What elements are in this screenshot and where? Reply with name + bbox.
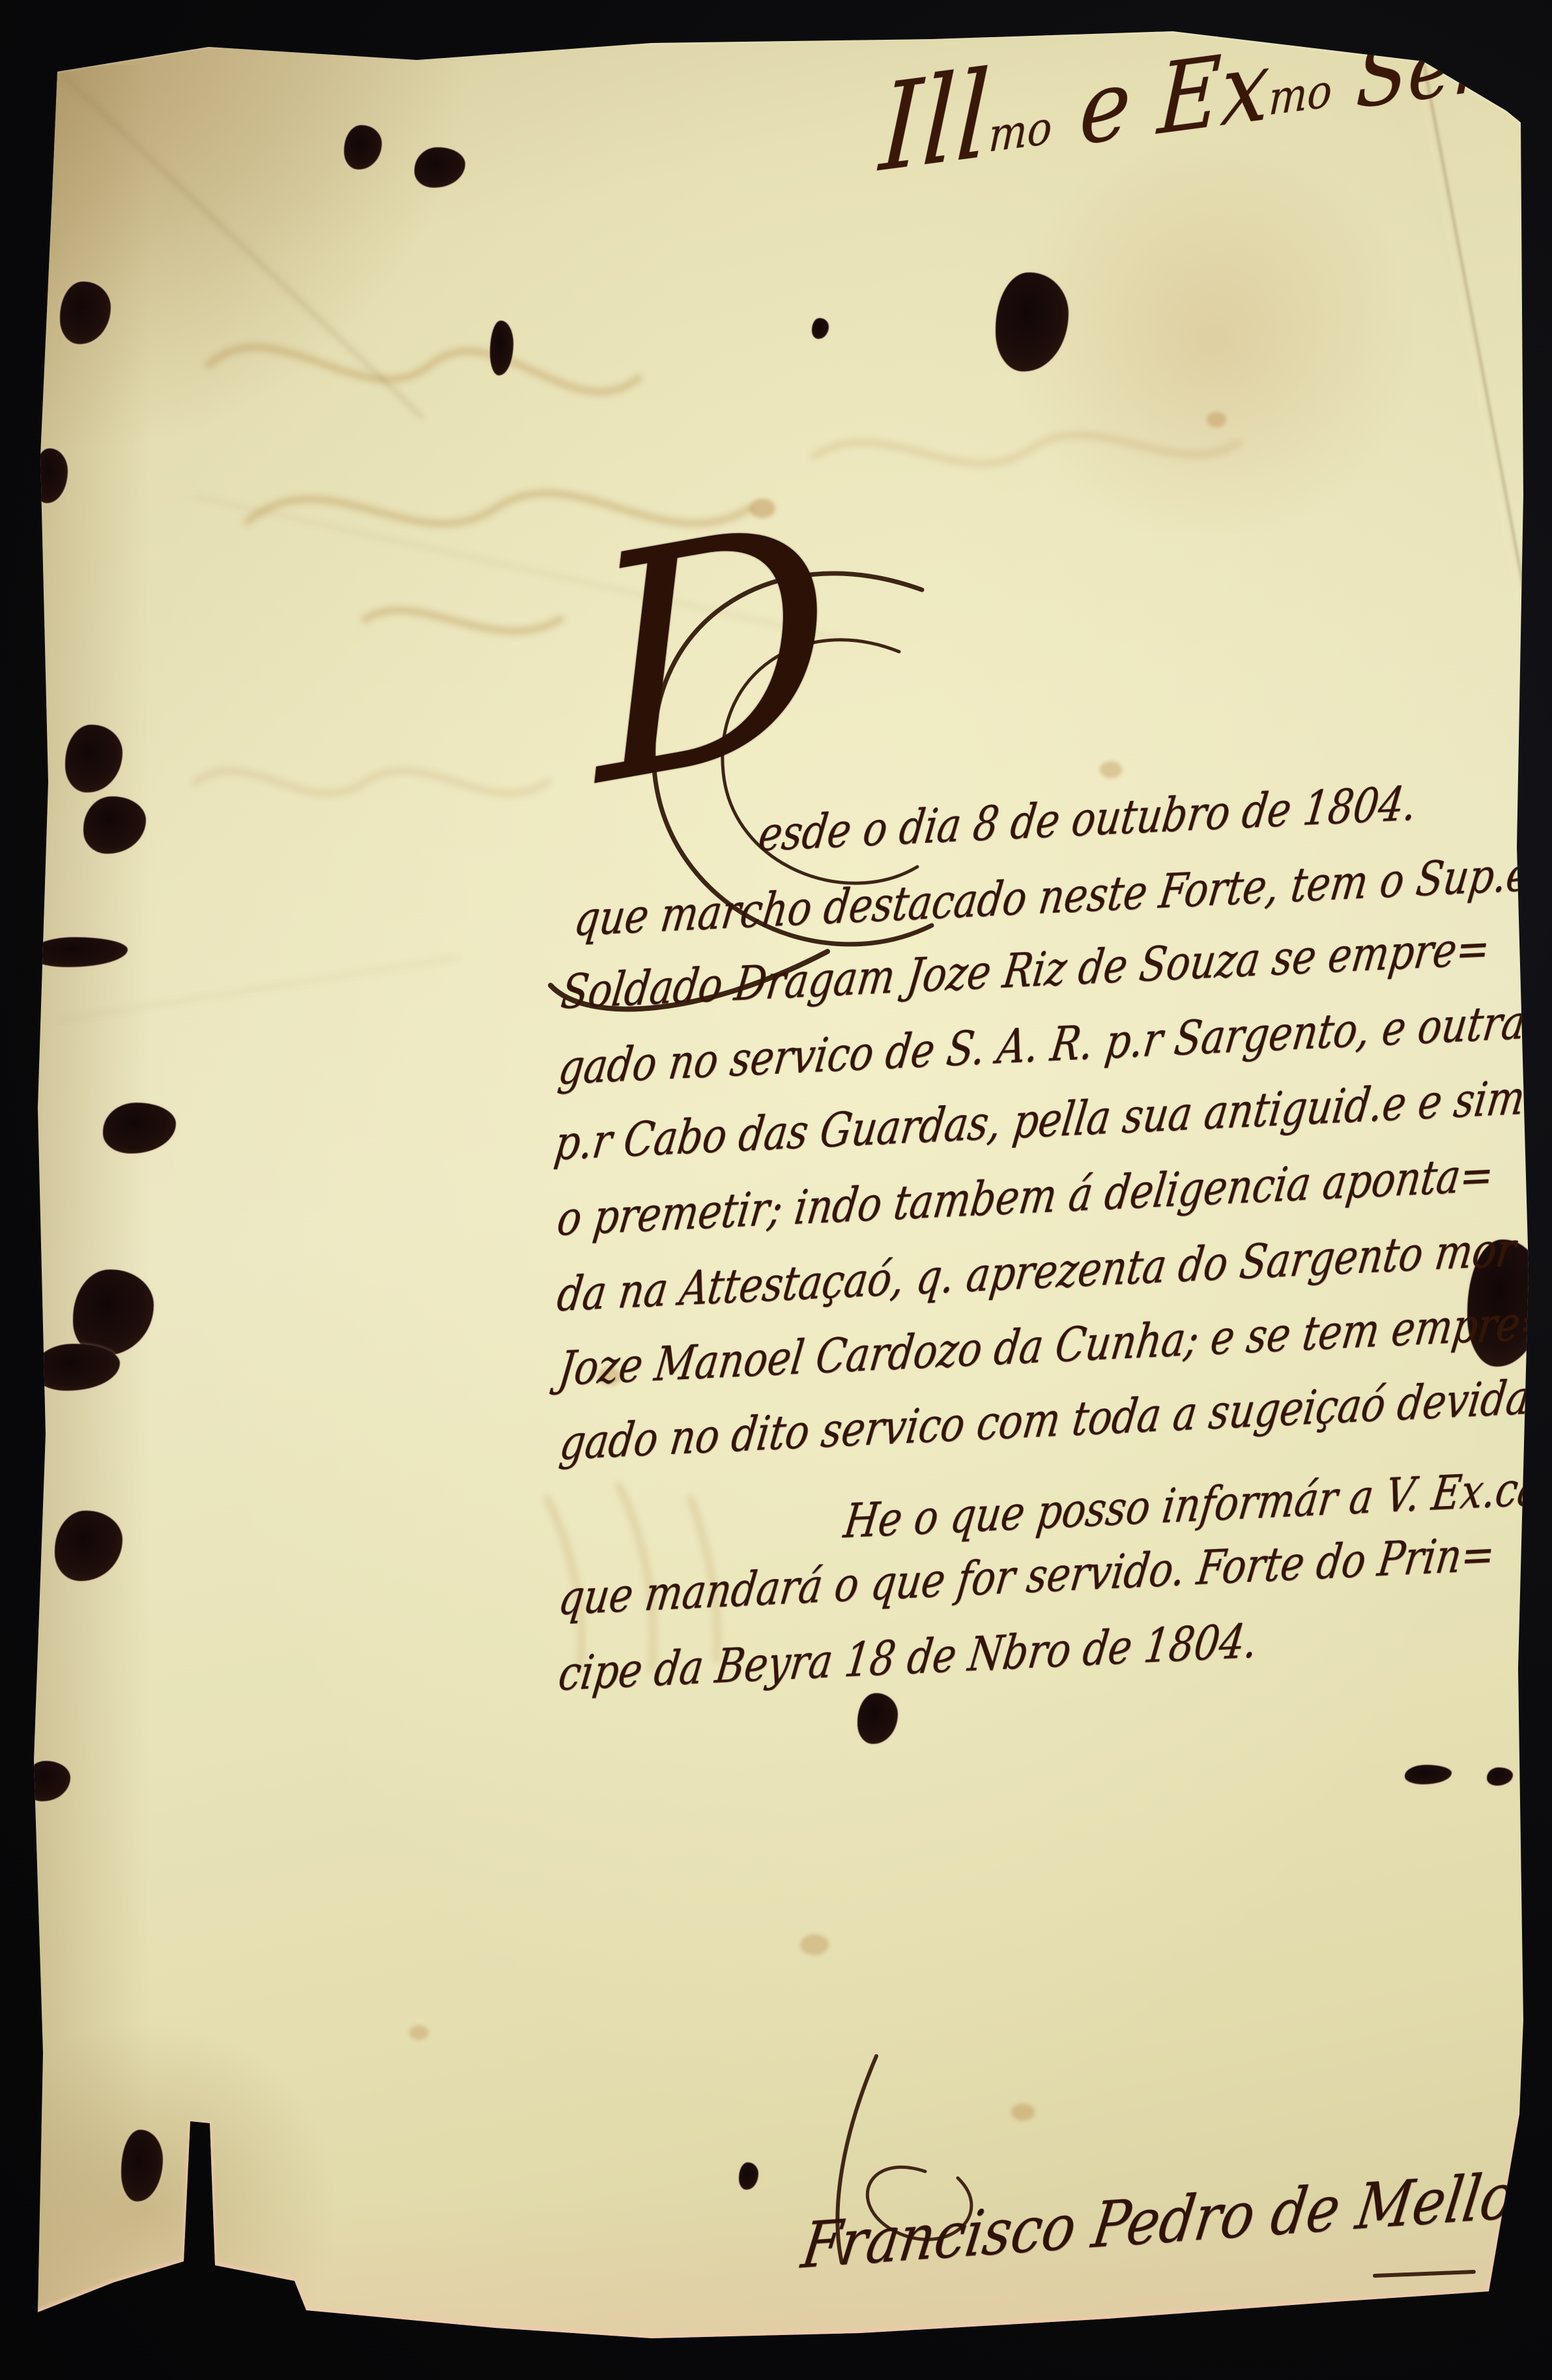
salutation-word: Senhor — [1330, 0, 1552, 131]
ink-blot — [857, 1693, 898, 1744]
salutation-abbrev: e Ex — [1050, 29, 1272, 171]
ink-blot — [25, 1761, 70, 1801]
foxing-spot — [409, 2025, 429, 2040]
foxing-spot — [1207, 412, 1226, 428]
ink-blot — [60, 282, 111, 344]
salutation-abbrev: Ill — [877, 44, 992, 199]
ink-blot — [83, 796, 146, 854]
ink-blot — [73, 1270, 154, 1356]
salutation: Illmo e Exmo Senhor — [878, 0, 1552, 189]
foxing-spot — [1011, 2104, 1035, 2121]
ink-blot — [490, 321, 513, 375]
ink-blot — [1487, 1767, 1513, 1786]
manuscript-page: Illmo e Exmo Senhor D esde o dia 8 de ou… — [0, 0, 1552, 2380]
foxing-spot — [800, 1934, 829, 1955]
left-margin-toning — [26, 65, 150, 2314]
ink-blot — [121, 2130, 163, 2201]
ink-blot — [1405, 1765, 1452, 1784]
ink-blot — [103, 1103, 176, 1154]
salutation-superscript: mo — [988, 100, 1053, 163]
drop-cap-initial: D — [581, 480, 844, 830]
signature: Francisco Pedro de Mello — [798, 2164, 1518, 2278]
scan-background: { "letter": { "salutation": { "prefix": … — [0, 0, 1552, 2380]
manuscript-scan: Illmo e Exmo Senhor D esde o dia 8 de ou… — [0, 0, 1552, 2380]
ink-blot — [812, 318, 829, 339]
salutation-superscript: mo — [1268, 63, 1333, 126]
corner-discoloration-stain — [0, 0, 495, 534]
ink-blot — [30, 937, 128, 967]
bottom-left-stain — [13, 2007, 352, 2346]
ink-blot — [34, 1344, 120, 1391]
body-line: que mandará o que for servido. Forte do … — [556, 1526, 1499, 1626]
ink-blot — [414, 147, 465, 188]
ink-blot — [996, 272, 1069, 371]
ink-blot — [65, 725, 122, 792]
foxing-spot — [1100, 761, 1122, 778]
ink-blot — [34, 448, 68, 503]
body-line: esde o dia 8 de outubro de 1804. — [756, 776, 1420, 862]
ink-blot — [344, 125, 382, 169]
ink-blot — [739, 2162, 758, 2190]
ink-blot — [55, 1511, 122, 1581]
body-line: cipe da Beyra 18 de Nbro de 1804. — [556, 1613, 1261, 1702]
